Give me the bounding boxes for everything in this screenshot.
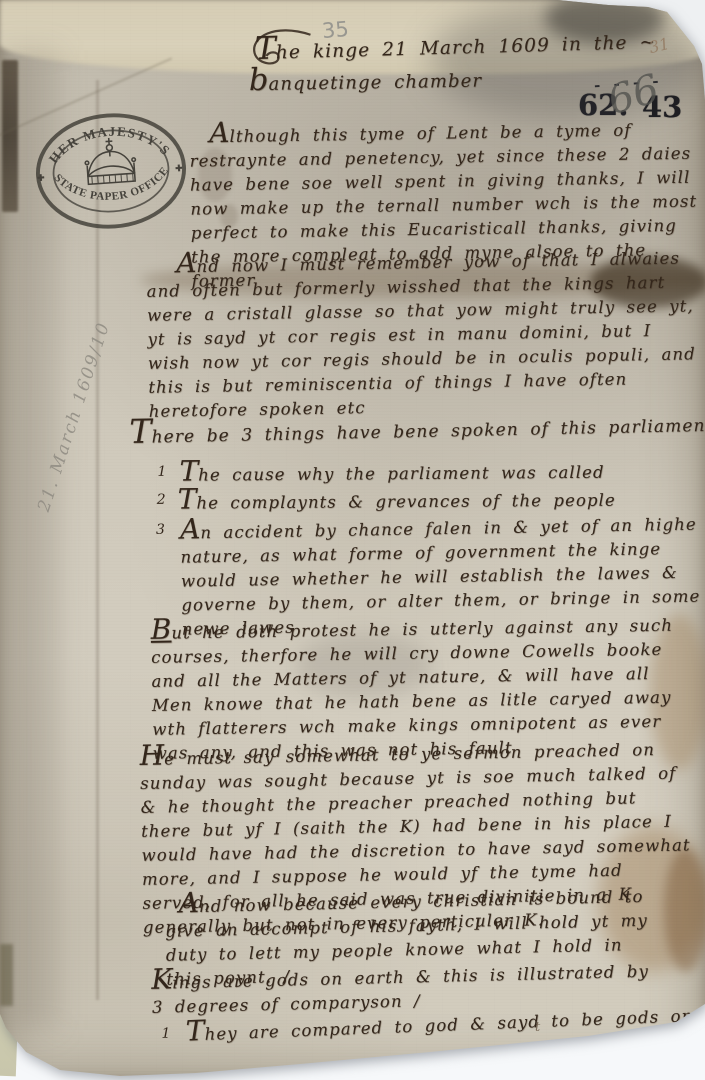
list-item: The cause why the parliament was called (179, 457, 604, 488)
pencil-folio-number: 35 (321, 17, 350, 43)
list-item-number: 3 (156, 522, 165, 538)
stamp-cross-icon: ✚ (37, 172, 46, 183)
paragraph-remember: And now I must remember yow of that I al… (146, 242, 702, 424)
list-item-number: 1 (157, 464, 166, 480)
docket-heading-line1: The kinge 21 March 1609 in the ~ (254, 26, 656, 66)
binding-guard-strip (0, 944, 13, 1006)
manuscript-page: 35 31 - - - - 62. 66 43 21. March 1609/1… (0, 0, 705, 1080)
docket-heading-line2: banquetinge chamber (249, 66, 483, 98)
manuscript-text-block: The kinge 21 March 1609 in the ~ banquet… (126, 0, 705, 1080)
photograph-backdrop: { "annotations": { "pencil_number_top": … (0, 0, 705, 1080)
list-item-number: 2 (157, 492, 166, 508)
pencil-margin-date: 21. March 1609/10 (34, 261, 133, 514)
list-item-number: 1 (161, 1026, 170, 1042)
binding-guard-strip (2, 60, 18, 212)
manuscript-page-wrap: 35 31 - - - - 62. 66 43 21. March 1609/1… (0, 0, 705, 1080)
